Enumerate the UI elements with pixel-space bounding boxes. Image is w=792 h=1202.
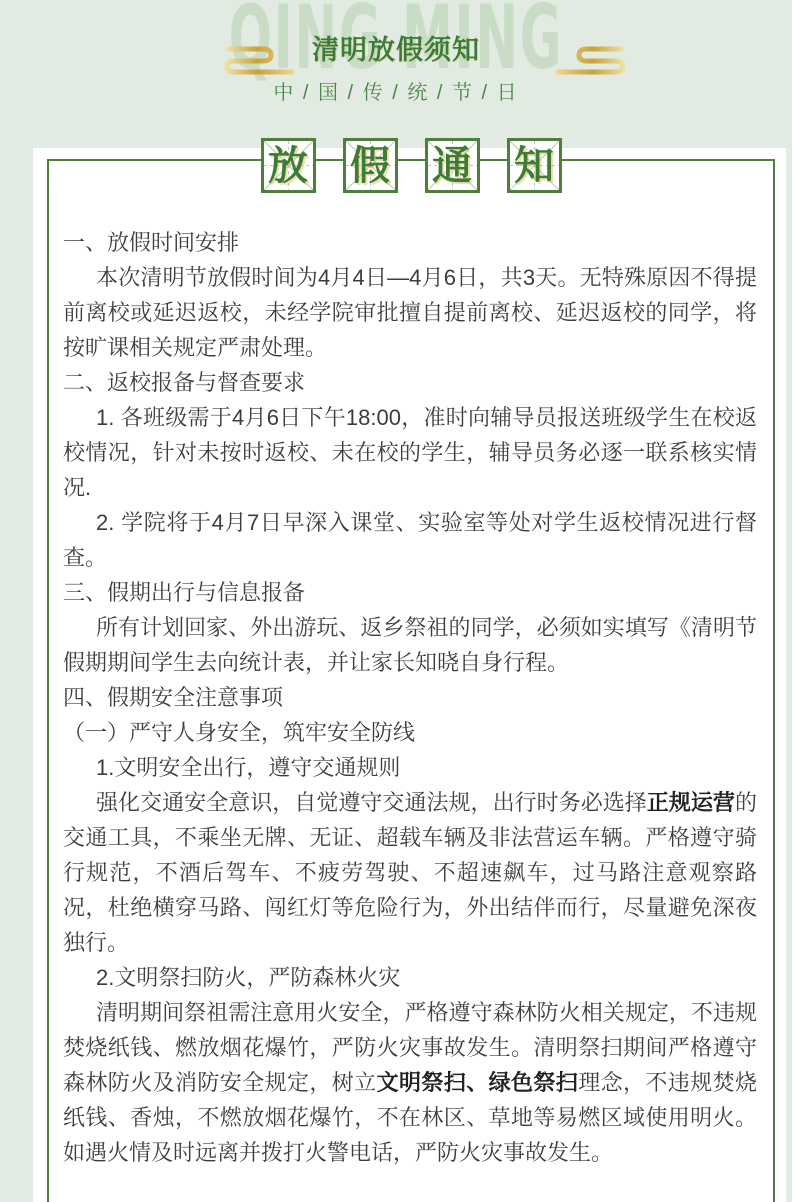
notice-text: 一、放假时间安排 [63, 230, 239, 255]
title-char-box: 放 [261, 138, 316, 193]
title-char-box: 知 [507, 138, 562, 193]
notice-text: 2. 学院将于4月7日早深入课堂、实验室等处对学生返校情况进行督查。 [63, 510, 757, 570]
notice-paragraph: 2.文明祭扫防火，严防森林火灾 [63, 960, 757, 995]
page-title: 清明放假须知 [0, 28, 792, 67]
notice-paragraph: 1. 各班级需于4月6日下午18:00，准时向辅导员报送班级学生在校返校情况，针… [63, 400, 757, 505]
notice-paragraph: 四、假期安全注意事项 [63, 680, 757, 715]
title-char: 放 [264, 141, 313, 190]
card-border-frame: 放假通知 一、放假时间安排本次清明节放假时间为4月4日—4月6日，共3天。无特殊… [47, 159, 775, 1202]
notice-paragraph: 本次清明节放假时间为4月4日—4月6日，共3天。无特殊原因不得提前离校或延迟返校… [63, 260, 757, 365]
notice-paragraph: 三、假期出行与信息报备 [63, 575, 757, 610]
notice-text: 所有计划回家、外出游玩、返乡祭祖的同学，必须如实填写《清明节假期期间学生去向统计… [63, 615, 757, 675]
notice-paragraph: 1.文明安全出行，遵守交通规则 [63, 750, 757, 785]
notice-text: 三、假期出行与信息报备 [63, 580, 305, 605]
title-char: 假 [346, 141, 395, 190]
notice-paragraph: 所有计划回家、外出游玩、返乡祭祖的同学，必须如实填写《清明节假期期间学生去向统计… [63, 610, 757, 680]
notice-text: 1.文明安全出行，遵守交通规则 [96, 755, 400, 780]
notice-text: 强化交通安全意识，自觉遵守交通法规，出行时务必选择 [96, 790, 647, 815]
notice-paragraph: 2. 学院将于4月7日早深入课堂、实验室等处对学生返校情况进行督查。 [63, 505, 757, 575]
notice-text: 1. 各班级需于4月6日下午18:00，准时向辅导员报送班级学生在校返校情况，针… [63, 405, 757, 500]
title-char-box: 通 [425, 138, 480, 193]
page-subtitle: 中 / 国 / 传 / 统 / 节 / 日 [0, 76, 792, 105]
notice-card: 放假通知 一、放假时间安排本次清明节放假时间为4月4日—4月6日，共3天。无特殊… [33, 148, 786, 1202]
notice-paragraph: （一）严守人身安全，筑牢安全防线 [63, 715, 757, 750]
notice-paragraph: 二、返校报备与督查要求 [63, 365, 757, 400]
notice-text: 2.文明祭扫防火，严防森林火灾 [96, 965, 400, 990]
title-char: 知 [510, 141, 559, 190]
notice-body: 一、放假时间安排本次清明节放假时间为4月4日—4月6日，共3天。无特殊原因不得提… [49, 161, 773, 1170]
notice-paragraph: 一、放假时间安排 [63, 225, 757, 260]
notice-page: QING MING 清明 [0, 0, 792, 1202]
page-header: 清明放假须知 中 / 国 / 传 / 统 / 节 / 日 [0, 0, 792, 148]
notice-text: 二、返校报备与督查要求 [63, 370, 305, 395]
title-char: 通 [428, 141, 477, 190]
notice-text: （一）严守人身安全，筑牢安全防线 [63, 720, 415, 745]
notice-paragraph: 强化交通安全意识，自觉遵守交通法规，出行时务必选择正规运营的交通工具，不乘坐无牌… [63, 785, 757, 960]
notice-paragraph: 清明期间祭祖需注意用火安全，严格遵守森林防火相关规定，不违规焚烧纸钱、燃放烟花爆… [63, 995, 757, 1170]
notice-text: 本次清明节放假时间为4月4日—4月6日，共3天。无特殊原因不得提前离校或延迟返校… [63, 265, 757, 360]
notice-title-boxes: 放假通知 [49, 138, 773, 193]
notice-text-bold: 正规运营 [647, 790, 735, 815]
notice-text: 四、假期安全注意事项 [63, 685, 283, 710]
notice-text-bold: 文明祭扫、绿色祭扫 [377, 1070, 579, 1095]
title-char-box: 假 [343, 138, 398, 193]
